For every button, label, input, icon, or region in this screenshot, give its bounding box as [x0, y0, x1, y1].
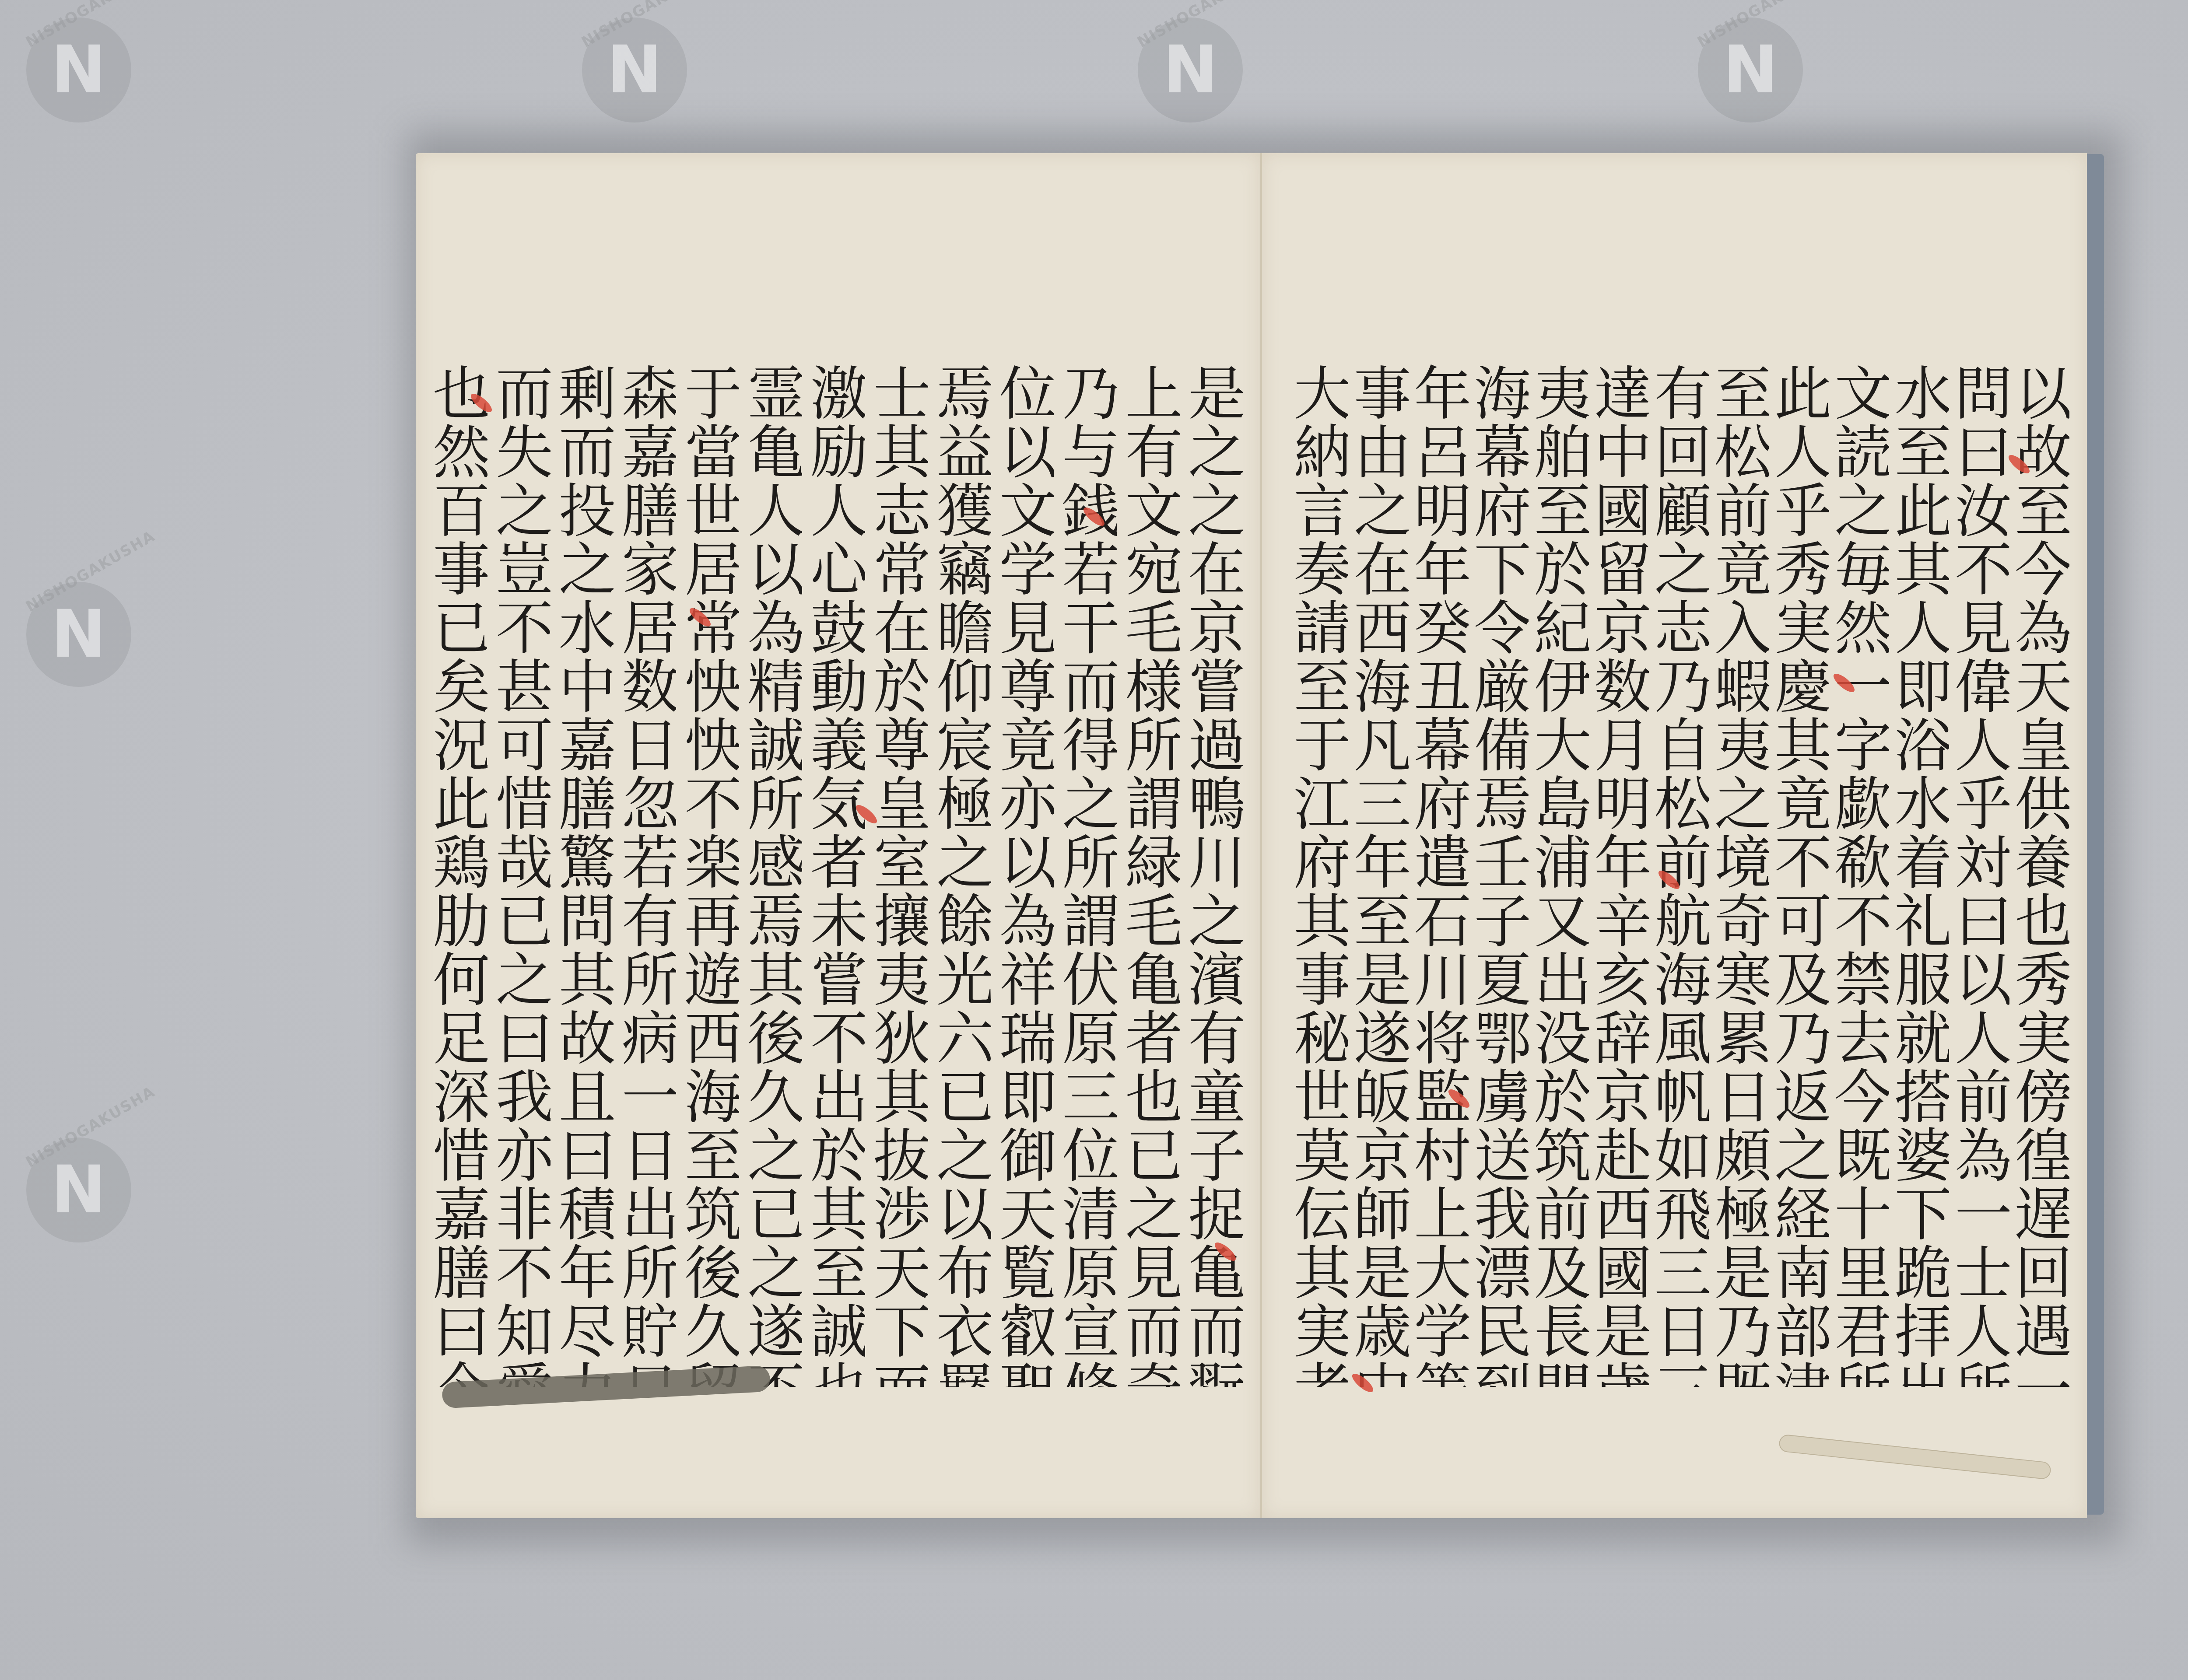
text-column: 問曰汝不見偉人乎対曰以人前為一士人所傭背 [1949, 363, 2009, 1387]
text-column: 森嘉膳家居数日忽若有所病一日出所貯日乗寸 [614, 363, 677, 1387]
watermark-glyph: N [1163, 32, 1218, 108]
watermark-glyph: N [607, 32, 662, 108]
watermark-logo-icon: NISHOGAKUSHAN [26, 582, 131, 687]
text-column: 位以文学見尊竟亦以為祥瑞即御天覧叡聖嘉賞 [991, 363, 1054, 1387]
text-column: 大納言奏請至于江府其事秘世莫伝其実者也先 [1288, 363, 1348, 1387]
text-column: 也然百事已矣況此鶏肋何足深惜嘉膳曰今以足 [424, 363, 487, 1387]
text-column: 海幕府下令厳備焉壬子夏鄂虜送我漂民到于称 [1469, 363, 1529, 1387]
watermark-glyph: N [51, 32, 106, 108]
watermark-logo-icon: NISHOGAKUSHAN [26, 17, 131, 122]
text-column: 焉益獲竊瞻仰宸極之餘光六已之以布衣羇旅之 [928, 363, 991, 1387]
text-column: 以故至今為天皇供養也秀実傍徨遅回遇一樵夫 [2009, 363, 2069, 1387]
text-column: 剰而投之水中嘉膳驚問其故且曰積年尽力一朝 [551, 363, 614, 1387]
text-column: 霊亀人以為精誠所感焉其後久之已之遂不得意 [739, 363, 802, 1387]
watermark-glyph: N [51, 596, 106, 672]
watermark-logo-icon: NISHOGAKUSHAN [582, 17, 687, 122]
text-column: 士其志常在於尊皇室攘夷狄其抜渉天下而所以 [865, 363, 928, 1387]
text-column: 水至此其人即浴水着礼服就搭婆下跪拝出懐中 [1889, 363, 1949, 1387]
watermark-glyph: N [1723, 32, 1778, 108]
watermark-logo-icon: NISHOGAKUSHAN [26, 1137, 131, 1242]
watermark-logo-icon: NISHOGAKUSHAN [1698, 17, 1803, 122]
text-column: 事由之在西海凡三年至是遂皈京師是歳中山 [1348, 363, 1408, 1387]
text-column: 是之之在京嘗過鴨川之濱有童子捉亀而翫之甲 [1180, 363, 1243, 1387]
text-column: 于當世居常怏怏不楽再遊西海至筑後久留米主 [676, 363, 739, 1387]
text-column: 此人乎秀実慶其竟不可及乃返之経南部津軽 [1769, 363, 1829, 1387]
right-page: 以故至今為天皇供養也秀実傍徨遅回遇一樵夫 問曰汝不見偉人乎対曰以人前為一士人所傭… [1260, 153, 2087, 1518]
right-page-text: 以故至今為天皇供養也秀実傍徨遅回遇一樵夫 問曰汝不見偉人乎対曰以人前為一士人所傭… [1288, 363, 2069, 1387]
watermark-glyph: N [51, 1152, 106, 1228]
text-column: 乃与銭若干而得之所謂伏原三位清原宣條卿呈覧三 [1054, 363, 1117, 1387]
watermark-logo-icon: NISHOGAKUSHAN [1138, 17, 1243, 122]
text-column: 至松前竟入蝦夷之境奇寒累日頗極是乃既而忽 [1709, 363, 1769, 1387]
binding-string [1778, 1434, 2052, 1480]
text-column: 達中國留京数月明年辛亥辞京赴西國是歳三月 [1589, 363, 1649, 1387]
text-column: 激励人心鼓動義気者未嘗不出於其至誠也其得 [802, 363, 865, 1387]
text-column: 年呂明年癸丑幕府遣石川将監村上大学等按検 [1409, 363, 1469, 1387]
text-column: 有回顧之志乃自松前航海風帆如飛三日三夜而径 [1649, 363, 1709, 1387]
text-column: 夷舶至於紀伊大島浦又出没於筑前及長門之辺 [1529, 363, 1588, 1387]
left-page-text: 是之之在京嘗過鴨川之濱有童子捉亀而翫之甲 上有文宛毛様所謂緑毛亀者也已之見而奇之… [424, 363, 1243, 1387]
left-page: 是之之在京嘗過鴨川之濱有童子捉亀而翫之甲 上有文宛毛様所謂緑毛亀者也已之見而奇之… [416, 153, 1260, 1518]
text-column: 上有文宛毛様所謂緑毛亀者也已之見而奇之 [1117, 363, 1180, 1387]
text-column: 文読之毎然一字歔欷不禁去今既十里君所問寧 [1829, 363, 1889, 1387]
text-column: 而失之豈不甚可惜哉已之曰我亦非不知愛惜之 [487, 363, 551, 1387]
